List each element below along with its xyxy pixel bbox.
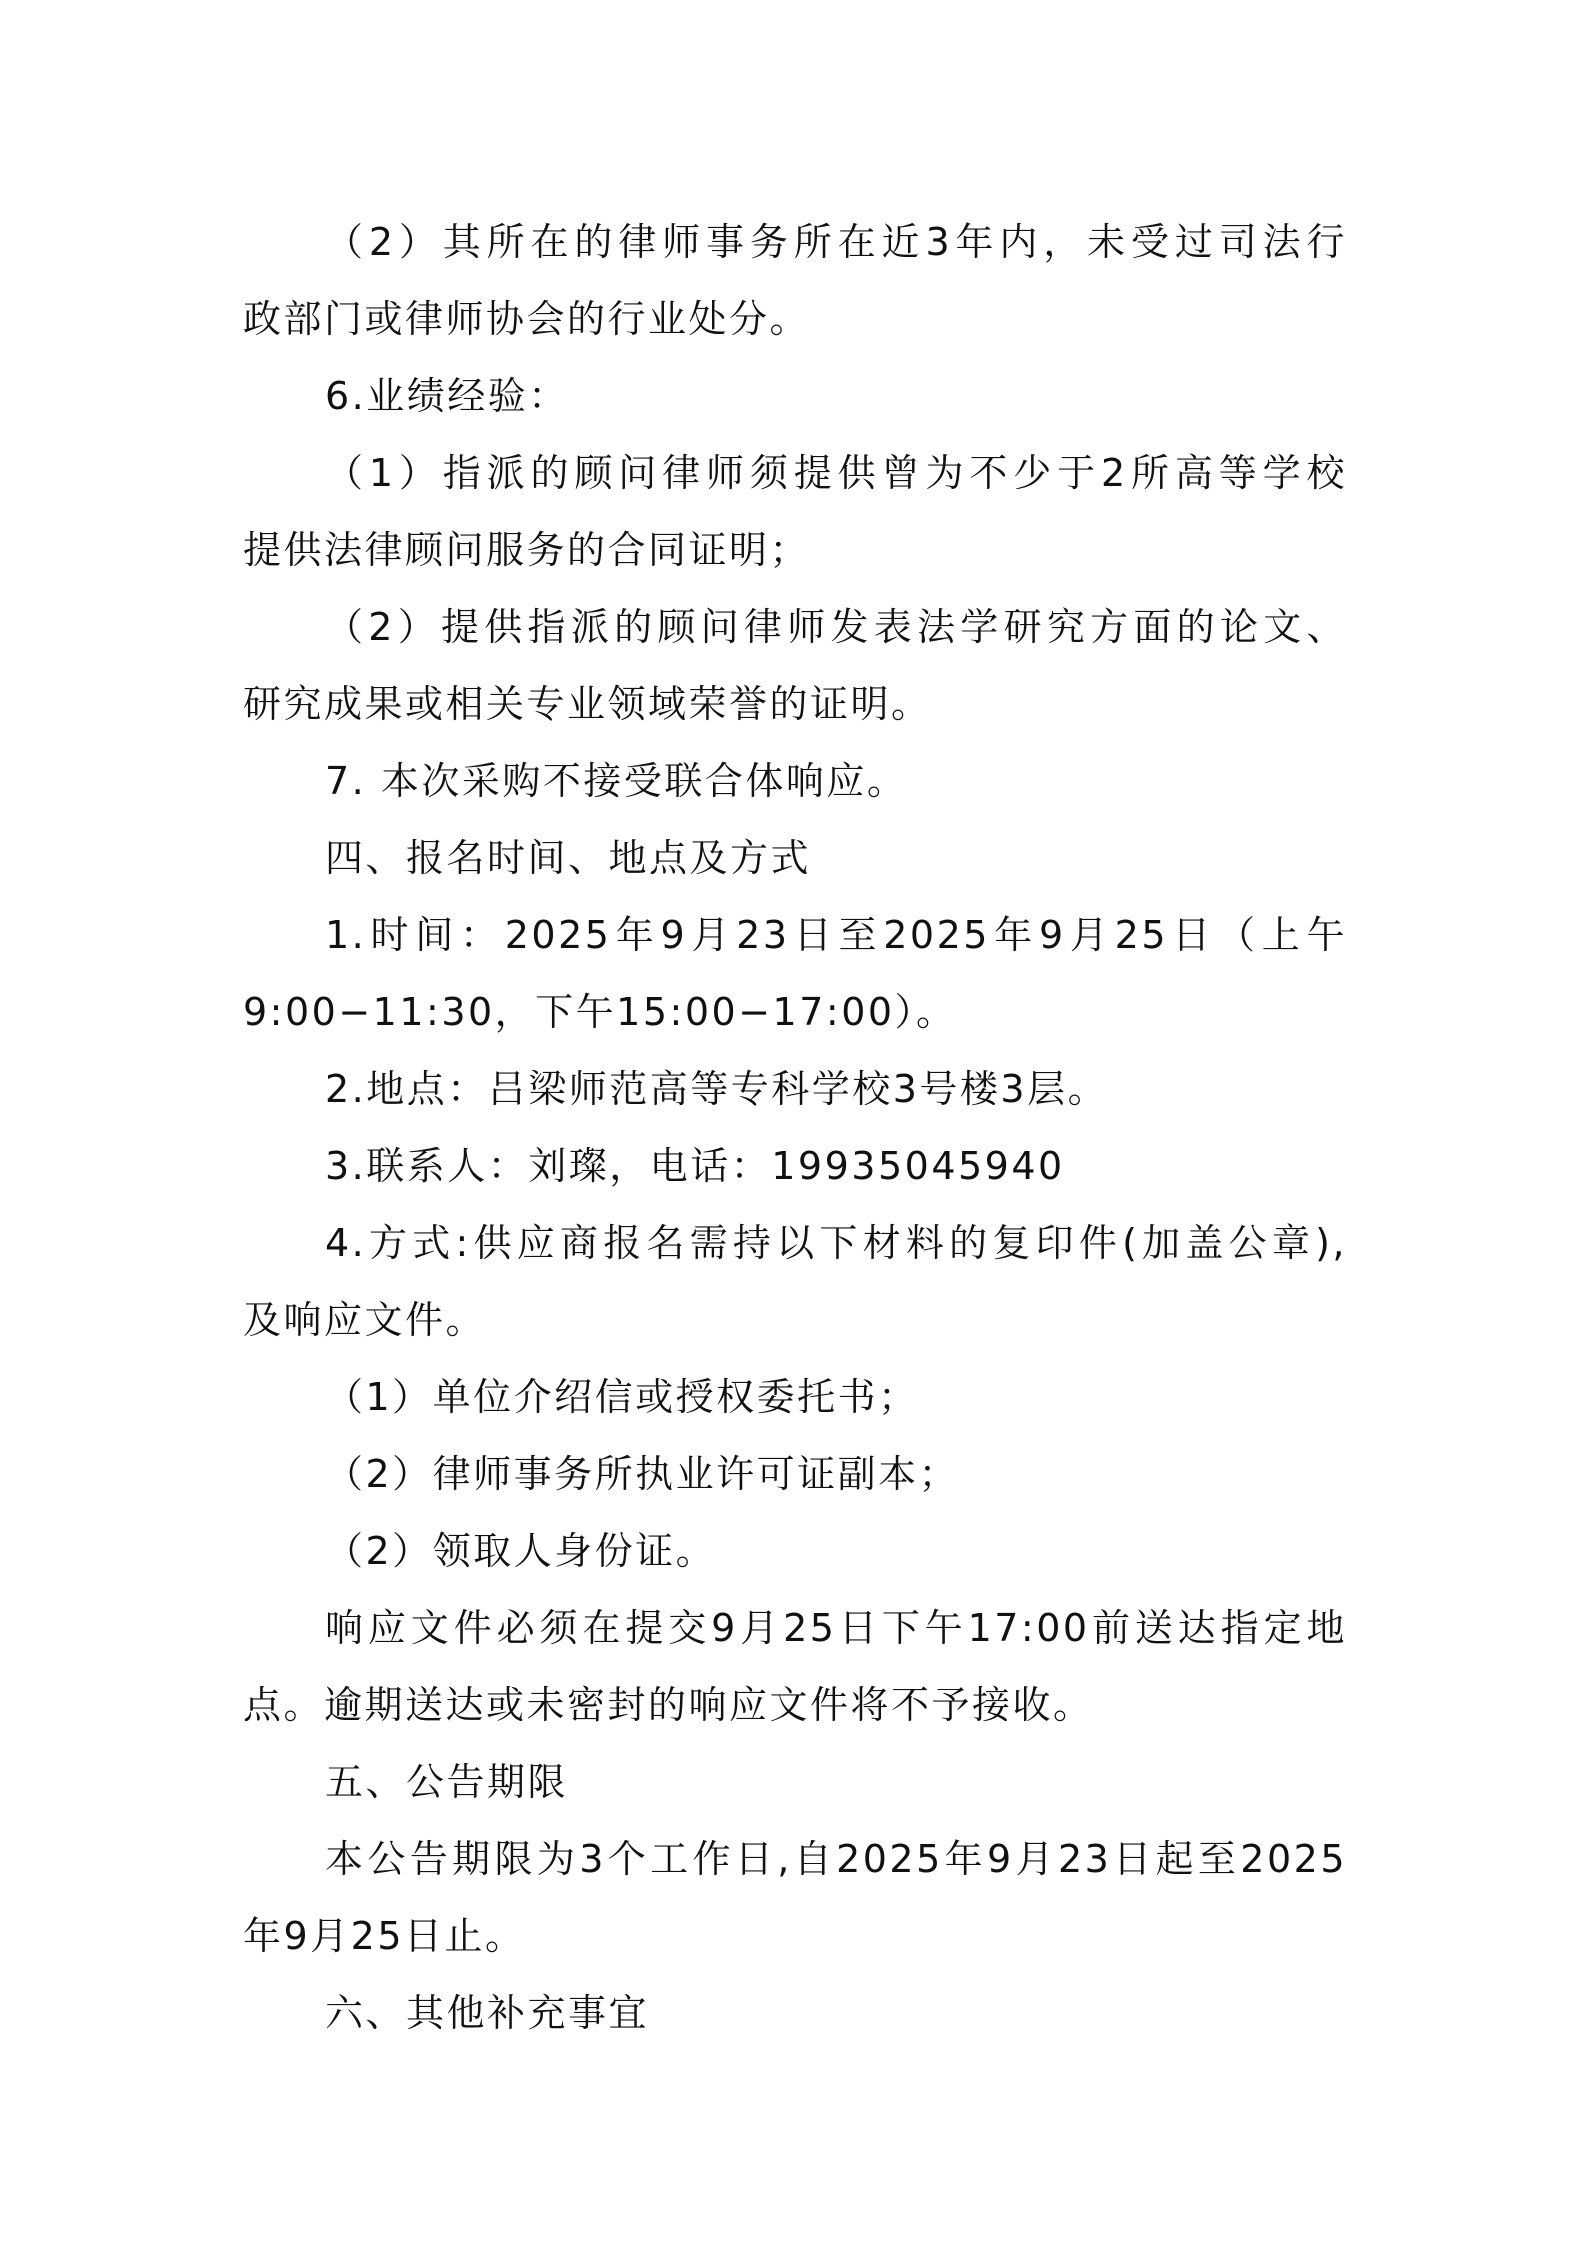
registration-method-line-1: 4.方式:供应商报名需持以下材料的复印件(加盖公章),: [243, 1205, 1347, 1282]
qualification-item-2-line-2: 政部门或律师协会的行业处分。: [243, 281, 1347, 358]
performance-item-2-line-2: 研究成果或相关专业领域荣誉的证明。: [243, 666, 1347, 743]
notice-period-heading: 五、公告期限: [243, 1744, 1347, 1821]
registration-time-line-2: 9:00−11:30，下午15:00−17:00）。: [243, 974, 1347, 1051]
performance-item-1-line-2: 提供法律顾问服务的合同证明；: [243, 512, 1347, 589]
deadline-note-line-2: 点。逾期送达或未密封的响应文件将不予接收。: [243, 1667, 1347, 1744]
material-item-1: （1）单位介绍信或授权委托书；: [243, 1359, 1347, 1436]
material-item-3: （2）领取人身份证。: [243, 1513, 1347, 1590]
performance-item-1-line-1: （1）指派的顾问律师须提供曾为不少于2所高等学校: [243, 435, 1347, 512]
performance-item-2-line-1: （2）提供指派的顾问律师发表法学研究方面的论文、: [243, 589, 1347, 666]
notice-period-text-line-1: 本公告期限为3个工作日,自2025年9月23日起至2025: [243, 1821, 1347, 1898]
registration-contact: 3.联系人：刘璨，电话：19935045940: [243, 1128, 1347, 1205]
registration-method-line-2: 及响应文件。: [243, 1282, 1347, 1359]
qualification-item-2-line-1: （2）其所在的律师事务所在近3年内，未受过司法行: [243, 204, 1347, 281]
consortium-note: 7. 本次采购不接受联合体响应。: [243, 743, 1347, 820]
material-item-2: （2）律师事务所执业许可证副本；: [243, 1436, 1347, 1513]
deadline-note-line-1: 响应文件必须在提交9月25日下午17:00前送达指定地: [243, 1590, 1347, 1667]
notice-period-text-line-2: 年9月25日止。: [243, 1898, 1347, 1975]
performance-heading: 6.业绩经验：: [243, 358, 1347, 435]
document-page: （2）其所在的律师事务所在近3年内，未受过司法行 政部门或律师协会的行业处分。 …: [243, 204, 1347, 2052]
other-matters-heading: 六、其他补充事宜: [243, 1975, 1347, 2052]
registration-heading: 四、报名时间、地点及方式: [243, 820, 1347, 897]
registration-location: 2.地点：吕梁师范高等专科学校3号楼3层。: [243, 1051, 1347, 1128]
registration-time-line-1: 1.时间：2025年9月23日至2025年9月25日（上午: [243, 897, 1347, 974]
